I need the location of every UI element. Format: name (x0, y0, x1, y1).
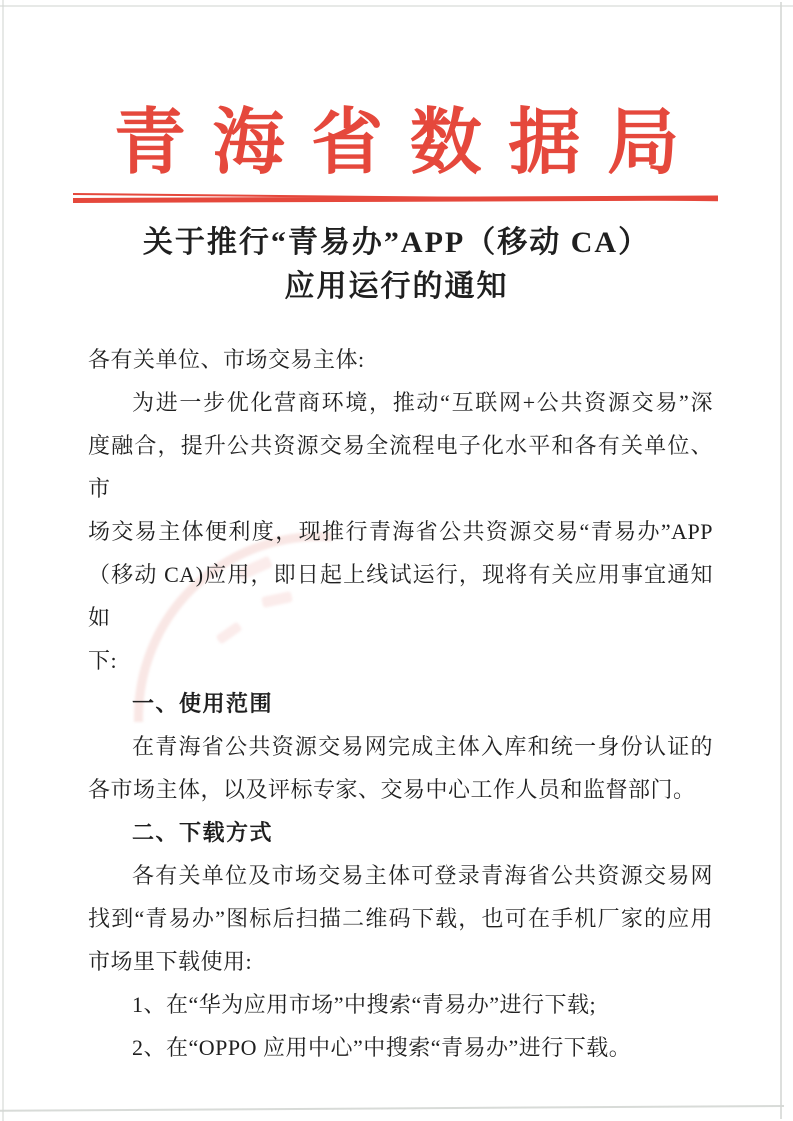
body-line: 找到“青易办”图标后扫描二维码下载，也可在手机厂家的应用 (88, 897, 713, 940)
body-line: 场交易主体便利度，现推行青海省公共资源交易“青易办”APP (88, 510, 713, 553)
letterhead-divider (73, 192, 718, 206)
document-title: 关于推行“青易办”APP（移动 CA） 应用运行的通知 (0, 221, 793, 309)
body-line: 二、下载方式 (88, 811, 713, 854)
scanned-document-page: 青海省数据局 关于推行“青易办”APP（移动 CA） 应用运行的通知 各有关单位… (0, 0, 793, 1121)
body-line: 各有关单位及市场交易主体可登录青海省公共资源交易网 (88, 854, 713, 897)
body-line: 一、使用范围 (88, 682, 713, 725)
letterhead-divider-thick-line (73, 196, 718, 203)
body-line: 各有关单位、市场交易主体: (88, 338, 713, 381)
body-line: 各市场主体，以及评标专家、交易中心工作人员和监督部门。 (88, 768, 713, 811)
body-line: 度融合，提升公共资源交易全流程电子化水平和各有关单位、市 (88, 424, 713, 510)
scan-edge-bottom (0, 1105, 784, 1112)
body-line: （移动 CA)应用，即日起上线试运行，现将有关应用事宜通知如 (88, 553, 713, 639)
document-title-line2: 应用运行的通知 (0, 265, 793, 309)
body-line: 市场里下载使用: (88, 940, 713, 983)
body-line: 为进一步优化营商环境，推动“互联网+公共资源交易”深 (88, 381, 713, 424)
letterhead-agency-name: 青海省数据局 (0, 102, 793, 184)
body-line: 在青海省公共资源交易网完成主体入库和统一身份认证的 (88, 725, 713, 768)
scan-edge-top (0, 5, 793, 7)
document-body: 各有关单位、市场交易主体:为进一步优化营商环境，推动“互联网+公共资源交易”深度… (88, 338, 713, 1069)
document-title-line1: 关于推行“青易办”APP（移动 CA） (0, 221, 793, 265)
body-line: 1、在“华为应用市场”中搜索“青易办”进行下载; (88, 983, 713, 1026)
body-line: 下: (88, 639, 713, 682)
body-line: 2、在“OPPO 应用中心”中搜索“青易办”进行下载。 (88, 1026, 713, 1069)
